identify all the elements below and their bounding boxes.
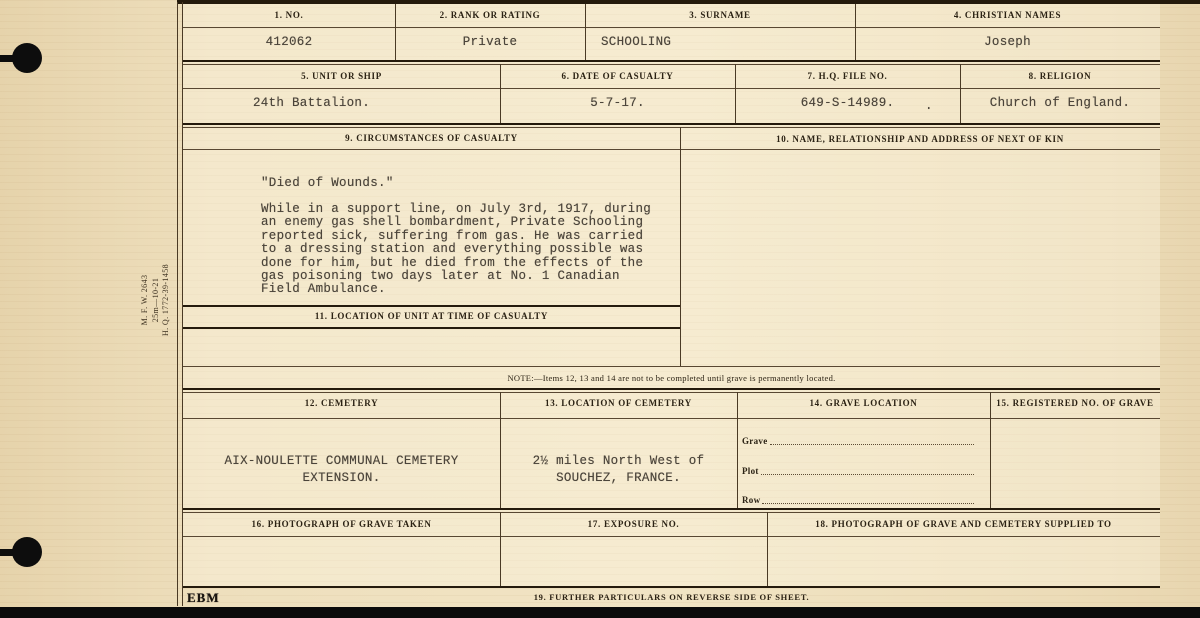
further-particulars-label: 19. FURTHER PARTICULARS ON REVERSE SIDE … — [183, 592, 1160, 603]
field-christian-names-label: 4. CHRISTIAN NAMES — [855, 10, 1160, 21]
margin-form-number: M. F. W. 2643 25m—10-21 H. Q. 1772-39-14… — [140, 240, 180, 360]
rule-h — [183, 123, 1160, 125]
cemetery-location-value: 2½ miles North West of SOUCHEZ, FRANCE. — [500, 453, 737, 486]
plot-row-label: Plot — [742, 466, 761, 476]
rule-v-left-inner — [182, 2, 183, 606]
field-rank-label: 2. RANK OR RATING — [395, 10, 585, 21]
field-no-label: 1. NO. — [183, 10, 395, 21]
hole-punch-top — [12, 43, 42, 73]
rule-h — [183, 392, 1160, 393]
registered-no-label: 15. REGISTERED NO. OF GRAVE — [990, 398, 1160, 409]
rule-h — [183, 366, 1160, 367]
rule-h — [183, 512, 1160, 513]
dotted-leader — [770, 444, 975, 445]
dotted-leader — [761, 474, 974, 475]
rule-h — [183, 149, 680, 150]
rule-h — [183, 418, 1160, 419]
photo-supplied-label: 18. PHOTOGRAPH OF GRAVE AND CEMETERY SUP… — [767, 519, 1160, 530]
grave-row-label: Grave — [742, 436, 770, 446]
field-surname-value: SCHOOLING — [601, 36, 855, 49]
field-christian-names-value: Joseph — [855, 36, 1160, 49]
cemetery-location-label: 13. LOCATION OF CEMETERY — [500, 398, 737, 409]
rule-v — [990, 392, 991, 508]
circumstances-label: 9. CIRCUMSTANCES OF CASUALTY — [183, 133, 680, 144]
scan-edge-band — [0, 607, 1200, 618]
rule-h — [183, 64, 1160, 65]
field-unit-label: 5. UNIT OR SHIP — [183, 71, 500, 82]
row-row-label: Row — [742, 495, 762, 505]
field-rank-value: Private — [395, 36, 585, 49]
note-items-12-13-14: NOTE:—Items 12, 13 and 14 are not to be … — [183, 373, 1160, 383]
rule-h — [183, 586, 1160, 588]
rule-top — [177, 0, 1200, 4]
grave-location-label: 14. GRAVE LOCATION — [737, 398, 990, 409]
photo-taken-label: 16. PHOTOGRAPH OF GRAVE TAKEN — [183, 519, 500, 530]
rule-h — [183, 388, 1160, 390]
dotted-leader — [762, 503, 974, 504]
next-of-kin-label: 10. NAME, RELATIONSHIP AND ADDRESS OF NE… — [680, 134, 1160, 145]
grave-row: Grave — [742, 430, 974, 446]
rule-h — [183, 508, 1160, 510]
rule-h — [183, 327, 680, 329]
row-row: Row — [742, 489, 974, 505]
circumstances-quote: "Died of Wounds." — [261, 177, 681, 190]
stray-typed-mark: . — [925, 100, 933, 113]
field-surname-label: 3. SURNAME — [585, 10, 855, 21]
rule-v — [500, 392, 501, 508]
rule-h — [183, 127, 1160, 128]
rule-v — [737, 392, 738, 508]
field-hq-file-no-label: 7. H.Q. FILE NO. — [735, 71, 960, 82]
rule-h — [183, 27, 1160, 28]
rule-h — [680, 149, 1160, 150]
cemetery-label: 12. CEMETERY — [183, 398, 500, 409]
rule-h — [183, 305, 680, 307]
field-religion-value: Church of England. — [960, 97, 1160, 110]
field-unit-value: 24th Battalion. — [253, 97, 500, 110]
plot-row: Plot — [742, 460, 974, 476]
casualty-record-card: M. F. W. 2643 25m—10-21 H. Q. 1772-39-14… — [0, 0, 1200, 618]
exposure-no-label: 17. EXPOSURE NO. — [500, 519, 767, 530]
circumstances-body: While in a support line, on July 3rd, 19… — [261, 203, 681, 297]
field-religion-label: 8. RELIGION — [960, 71, 1160, 82]
rule-h — [183, 88, 1160, 89]
hole-punch-bottom — [12, 537, 42, 567]
unit-location-label: 11. LOCATION OF UNIT AT TIME OF CASUALTY — [183, 311, 680, 322]
field-date-of-casualty-label: 6. DATE OF CASUALTY — [500, 71, 735, 82]
field-no-value: 412062 — [183, 36, 395, 49]
rule-h — [183, 60, 1160, 62]
rule-h — [183, 536, 1160, 537]
cemetery-value: AIX-NOULETTE COMMUNAL CEMETERY EXTENSION… — [183, 453, 500, 486]
field-date-of-casualty-value: 5-7-17. — [500, 97, 735, 110]
